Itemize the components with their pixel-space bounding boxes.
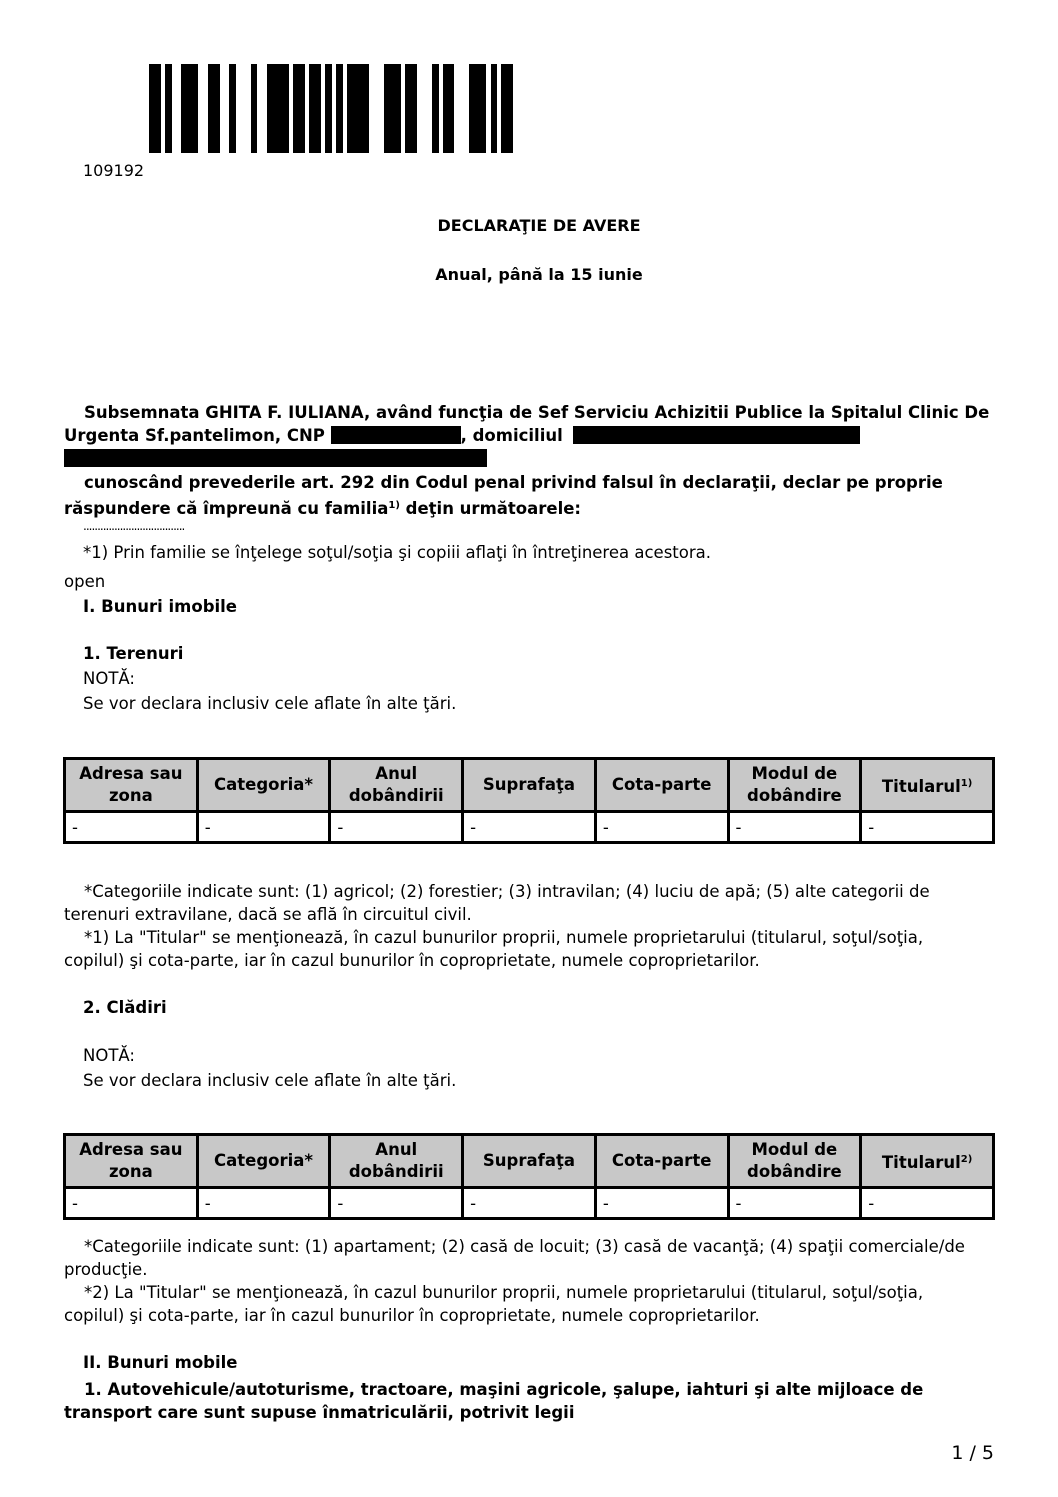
vehicles-heading-line-2: transport care sunt supuse înmatriculări… <box>64 1401 994 1424</box>
statement-line-2-prefix: răspundere că împreună cu familia <box>64 499 388 518</box>
statement-line-2-suffix: deţin următoarele: <box>400 499 581 518</box>
table-cell: - <box>65 812 198 843</box>
table-cell: - <box>595 812 728 843</box>
land-titular-footnote-2: copilul) şi cota-parte, iar în cazul bun… <box>64 949 994 972</box>
column-header: Adresa sau zona <box>65 1135 198 1188</box>
cnp-redaction <box>331 426 461 444</box>
page-indicator: 1 / 5 <box>951 1442 994 1464</box>
table-cell: - <box>197 812 330 843</box>
table-cell: - <box>861 1188 994 1219</box>
barcode-bar <box>309 64 321 153</box>
barcode-icon <box>0 0 1058 160</box>
barcode-bar <box>443 64 454 153</box>
barcode-bar <box>208 64 220 153</box>
column-header: Categoria* <box>197 1135 330 1188</box>
barcode-bar <box>267 64 289 153</box>
table-cell: - <box>330 1188 463 1219</box>
table-cell: - <box>861 812 994 843</box>
barcode-bar <box>229 64 236 153</box>
column-header: Anul dobândirii <box>330 1135 463 1188</box>
buildings-note-label: NOTĂ: <box>83 1046 135 1065</box>
section-1-title: I. Bunuri imobile <box>83 597 237 616</box>
barcode-bar <box>432 64 439 153</box>
open-label: open <box>64 572 105 591</box>
vehicles-heading: 1. Autovehicule/autoturisme, tractoare, … <box>64 1378 994 1424</box>
table-row: ------- <box>65 812 994 843</box>
barcode-bar <box>149 64 161 153</box>
statement-line-1: cunoscând prevederile art. 292 din Codul… <box>64 471 994 494</box>
barcode-bar <box>384 64 401 153</box>
table-row: ------- <box>65 1188 994 1219</box>
document-subtitle: Anual, până la 15 iunie <box>0 265 1058 284</box>
section-2-title: II. Bunuri mobile <box>83 1353 238 1372</box>
column-header: Adresa sau zona <box>65 759 198 812</box>
land-note-text: Se vor declara inclusiv cele aflate în a… <box>83 694 456 713</box>
barcode-bar <box>405 64 417 153</box>
declarant-line-2: Urgenta Sf.pantelimon, CNP , domiciliul <box>64 424 994 447</box>
barcode-bar <box>491 64 497 153</box>
barcode-bar <box>325 64 332 153</box>
address-redaction-2 <box>64 449 487 467</box>
barcode-bar <box>347 64 369 153</box>
land-note-label: NOTĂ: <box>83 669 135 688</box>
column-header: Titularul1) <box>861 759 994 812</box>
statement-line-2: răspundere că împreună cu familia1) deţi… <box>64 494 994 520</box>
declarant-paragraph: Subsemnata GHITA F. IULIANA, având funcţ… <box>64 401 994 470</box>
barcode-bar <box>251 64 257 153</box>
declarant-line-2-mid: , domiciliul <box>461 426 563 445</box>
footnote-ref: 1) <box>388 500 400 511</box>
declarant-line-1: Subsemnata GHITA F. IULIANA, având funcţ… <box>64 401 994 424</box>
vehicles-heading-line-1: 1. Autovehicule/autoturisme, tractoare, … <box>64 1378 994 1401</box>
buildings-titular-footnote-2: copilul) şi cota-parte, iar în cazul bun… <box>64 1304 994 1327</box>
address-redaction-1 <box>573 426 860 444</box>
table-cell: - <box>65 1188 198 1219</box>
column-header: Cota-parte <box>595 759 728 812</box>
buildings-category-footnote-2: producţie. <box>64 1258 994 1281</box>
barcode-bar <box>293 64 305 153</box>
column-header: Cota-parte <box>595 1135 728 1188</box>
land-title: 1. Terenuri <box>83 644 183 663</box>
table-cell: - <box>728 1188 861 1219</box>
land-footnotes: *Categoriile indicate sunt: (1) agricol;… <box>64 880 994 972</box>
buildings-titular-footnote-1: *2) La "Titular" se menţionează, în cazu… <box>64 1281 994 1304</box>
declarant-line-3 <box>64 447 994 470</box>
document-title: DECLARAŢIE DE AVERE <box>0 216 1058 235</box>
table-cell: - <box>595 1188 728 1219</box>
family-footnote: *1) Prin familie se înţelege soţul/soţia… <box>83 543 711 562</box>
land-category-footnote-2: terenuri extravilane, dacă se află în ci… <box>64 903 994 926</box>
barcode-bar <box>181 64 198 153</box>
land-category-footnote-1: *Categoriile indicate sunt: (1) agricol;… <box>64 880 994 903</box>
land-titular-footnote-1: *1) La "Titular" se menţionează, în cazu… <box>64 926 994 949</box>
barcode-bar <box>165 64 172 153</box>
column-header: Categoria* <box>197 759 330 812</box>
column-header: Anul dobândirii <box>330 759 463 812</box>
buildings-note-text: Se vor declara inclusiv cele aflate în a… <box>83 1071 456 1090</box>
barcode-bar <box>501 64 513 153</box>
barcode-bar <box>336 64 343 153</box>
declarant-line-2-prefix: Urgenta Sf.pantelimon, CNP <box>64 426 325 445</box>
barcode-number: 109192 <box>83 161 144 180</box>
table-header-row: Adresa sau zonaCategoria*Anul dobândirii… <box>65 1135 994 1188</box>
land-table: Adresa sau zonaCategoria*Anul dobândirii… <box>63 757 995 844</box>
buildings-footnotes: *Categoriile indicate sunt: (1) apartame… <box>64 1235 994 1327</box>
buildings-table: Adresa sau zonaCategoria*Anul dobândirii… <box>63 1133 995 1220</box>
barcode-bar <box>469 64 486 153</box>
column-header: Suprafaţa <box>463 1135 596 1188</box>
statement-paragraph: cunoscând prevederile art. 292 din Codul… <box>64 471 994 520</box>
column-header: Suprafaţa <box>463 759 596 812</box>
buildings-category-footnote-1: *Categoriile indicate sunt: (1) apartame… <box>64 1235 994 1258</box>
table-cell: - <box>728 812 861 843</box>
buildings-title: 2. Clădiri <box>83 998 167 1017</box>
dotted-line: .................................... <box>83 519 184 533</box>
column-header: Titularul2) <box>861 1135 994 1188</box>
table-cell: - <box>463 812 596 843</box>
table-header-row: Adresa sau zonaCategoria*Anul dobândirii… <box>65 759 994 812</box>
table-cell: - <box>197 1188 330 1219</box>
column-header: Modul de dobândire <box>728 759 861 812</box>
table-cell: - <box>463 1188 596 1219</box>
table-cell: - <box>330 812 463 843</box>
column-header: Modul de dobândire <box>728 1135 861 1188</box>
